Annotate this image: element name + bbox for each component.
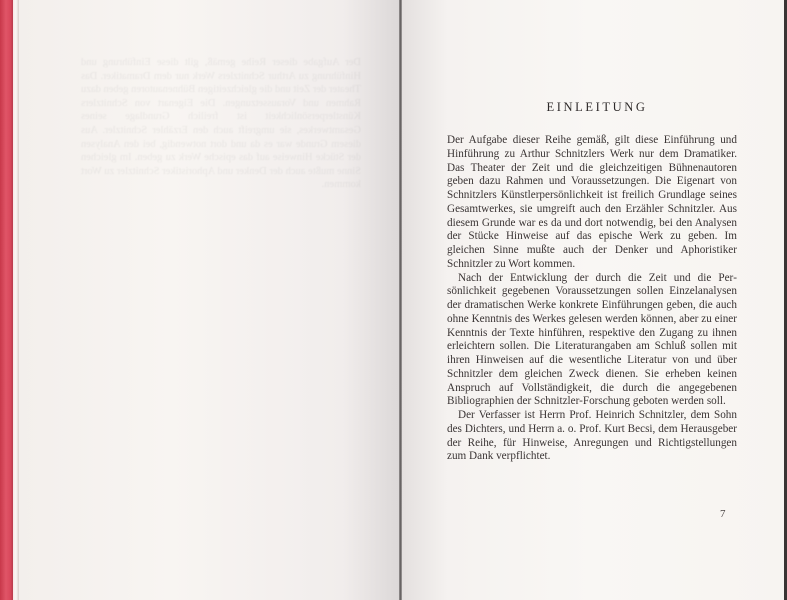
paragraph-2: Nach der Entwicklung der durch die Zeit … xyxy=(447,272,737,410)
book-edge-red xyxy=(0,0,13,600)
paragraph-1: Der Aufgabe dieser Reihe gemäß, gilt die… xyxy=(447,134,737,272)
right-page: EINLEITUNG Der Aufgabe dieser Reihe gemä… xyxy=(402,0,784,600)
chapter-title: EINLEITUNG xyxy=(402,100,784,115)
body-text: Der Aufgabe dieser Reihe gemäß, gilt die… xyxy=(447,134,737,464)
showthrough-text: Der Aufgabe dieser Reihe gemäß, gilt die… xyxy=(81,56,361,192)
book-spread: Der Aufgabe dieser Reihe gemäß, gilt die… xyxy=(0,0,787,600)
paragraph-3: Der Verfasser ist Herrn Prof. Heinrich S… xyxy=(447,409,737,464)
page-number: 7 xyxy=(720,508,726,520)
left-page: Der Aufgabe dieser Reihe gemäß, gilt die… xyxy=(19,0,400,600)
